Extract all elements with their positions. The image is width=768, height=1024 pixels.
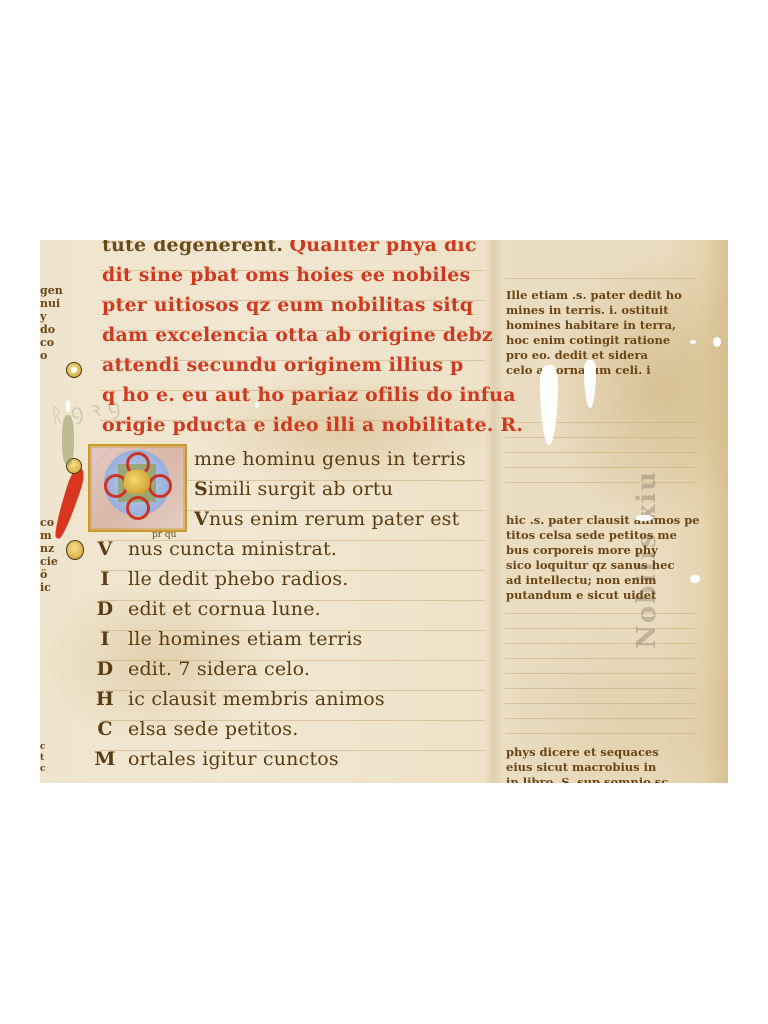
- ruling-line: [505, 658, 695, 659]
- ruling-line: [505, 703, 695, 704]
- gloss-line: phys dicere et sequaces: [506, 745, 659, 760]
- parchment-damage: [690, 340, 696, 344]
- parchment-damage: [66, 400, 70, 412]
- illuminated-initial: [88, 444, 187, 532]
- ruling-line: [505, 718, 695, 719]
- rubric-line: origie pducta e ideo illi a nobilitate. …: [102, 414, 523, 436]
- parchment-hole: [71, 367, 77, 373]
- rubric-line-1: tute degenerent. Qualiter phya dic: [102, 240, 477, 256]
- gloss-line: homines habitare in terra,: [506, 318, 676, 333]
- parchment-damage: [635, 515, 653, 521]
- manuscript-leaf: Nobilis xiu ᚱ ꝯ ꝛ ꝯ tute degenerent. Qua…: [40, 240, 728, 783]
- gloss-line: bus corporeis more phy: [506, 543, 658, 558]
- ruling-line: [505, 628, 695, 629]
- margin-note-foot: c t c: [40, 742, 45, 775]
- rubric-line: q ho e. eu aut ho pariaz ofilis do infua: [102, 384, 516, 406]
- rubric-line: attendi secundu originem illius p: [102, 354, 464, 376]
- ruling-line: [505, 278, 695, 279]
- ruling-line: [505, 422, 695, 423]
- gloss-line: eius sicut macrobius in: [506, 760, 656, 775]
- parchment-damage: [713, 337, 721, 347]
- illumination-lobe: [148, 474, 172, 498]
- gloss-line: in libro .S. sup somnio sc: [506, 775, 668, 783]
- parchment-damage: [540, 365, 558, 445]
- leaf-edge: [702, 240, 728, 783]
- ruling-line: [505, 467, 695, 468]
- gloss-line: mines in terris. i. ostituit: [506, 303, 669, 318]
- gloss-line: titos celsa sede petitos me: [506, 528, 677, 543]
- margin-note-bottom: co m nz cie ö ic: [40, 516, 58, 594]
- gloss-line: sico loquitur qz sanus hec: [506, 558, 674, 573]
- ruling-line: [505, 437, 695, 438]
- gloss-line: hic .s. pater clausit animos pe: [506, 513, 700, 528]
- gloss-line: putandum e sicut uidet: [506, 588, 656, 603]
- gloss-line: Ille etiam .s. pater dedit ho: [506, 288, 682, 303]
- parchment-damage: [255, 402, 259, 408]
- ruling-line: [505, 613, 695, 614]
- gold-boss: [124, 470, 150, 494]
- illumination-lobe: [126, 496, 150, 520]
- gloss-line: celo ad ornatum celi. i: [506, 363, 651, 378]
- ruling-line: [505, 482, 695, 483]
- gloss-line: ad intellectu; non enim: [506, 573, 656, 588]
- rubric-line: pter uitiosos qz eum nobilitas sitq: [102, 294, 473, 316]
- ruling-line: [505, 643, 695, 644]
- ruling-line: [505, 688, 695, 689]
- parchment-damage: [690, 575, 700, 583]
- ruling-line: [505, 673, 695, 674]
- rubric-line: dam excelencia otta ab origine debz: [102, 324, 493, 346]
- green-stain: [62, 415, 74, 465]
- ruling-line: [505, 733, 695, 734]
- gold-dot: [66, 540, 84, 560]
- margin-note-top: gen nui y do co o: [40, 284, 63, 362]
- gutter-shadow: [485, 240, 503, 783]
- ruling-line: [505, 452, 695, 453]
- gloss-line: pro eo. dedit et sidera: [506, 348, 648, 363]
- gloss-line: hoc enim cotingit ratione: [506, 333, 670, 348]
- parchment-damage: [584, 360, 596, 408]
- rubric-line: dit sine pbat oms hoies ee nobiles: [102, 264, 470, 286]
